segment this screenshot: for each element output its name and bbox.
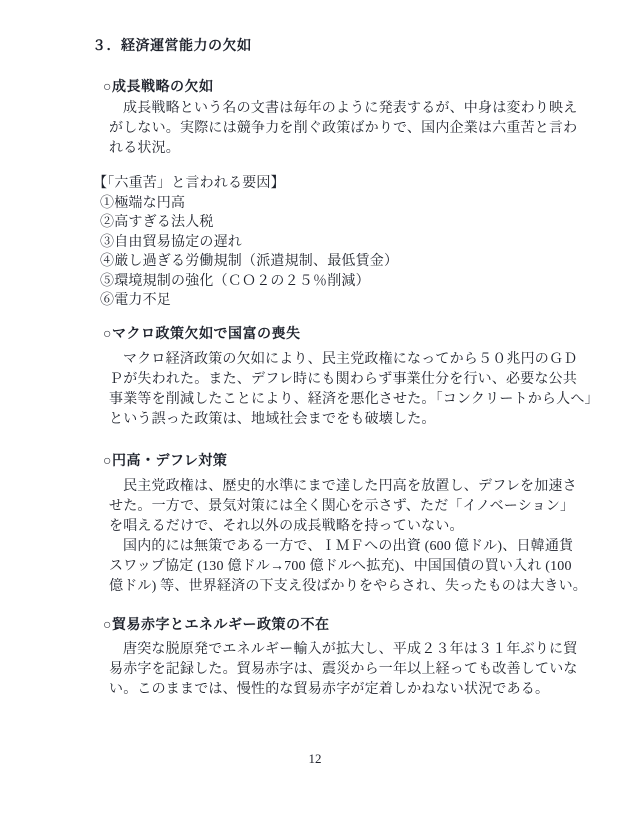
paragraph-line: 易赤字を記録した。貿易赤字は、震災から一年以上経っても改善していな: [109, 660, 551, 680]
six-hardships-list: 【「六重苦」と言われる要因】 ①極端な円高 ②高すぎる法人税 ③自由貿易協定の遅…: [93, 174, 551, 311]
list-item: ④厳し過ぎる労働規制（派遣規制、最低賃金）: [93, 252, 551, 272]
paragraph-line: マクロ経済政策の欠如により、民主党政権になってから５０兆円のＧＤ: [109, 350, 551, 370]
paragraph-line: れる状況。: [109, 139, 551, 159]
section-heading-yen-deflation: ○円高・デフレ対策: [103, 450, 227, 470]
paragraph-line: がしない。実際には競争力を削ぐ政策ばかりで、国内企業は六重苦と言わ: [109, 119, 551, 139]
paragraph-line: せた。一方で、景気対策には全く関心を示さず、ただ「イノベーション」: [109, 497, 551, 517]
paragraph-line: を唱えるだけで、それ以外の成長戦略を持っていない。: [109, 517, 551, 537]
paragraph-line: 事業等を削減したことにより、経済を悪化させた。「コンクリートから人へ」: [109, 390, 551, 410]
main-heading: ３．経済運営能力の欠如: [92, 35, 252, 55]
paragraph-growth-strategy: 成長戦略という名の文書は毎年のように発表するが、中身は変わり映え がしない。実際…: [109, 99, 551, 159]
paragraph-line: 民主党政権は、歴史的水準にまで達した円高を放置し、デフレを加速さ: [109, 477, 551, 497]
list-item: ①極端な円高: [93, 194, 551, 214]
paragraph-line: 成長戦略という名の文書は毎年のように発表するが、中身は変わり映え: [109, 99, 551, 119]
list-item: ⑤環境規制の強化（ＣＯ２の２５％削減）: [93, 272, 551, 292]
paragraph-line: 億ドル) 等、世界経済の下支え役ばかりをやらされ、失ったものは大きい。: [109, 577, 551, 597]
document-page: ３．経済運営能力の欠如 ○成長戦略の欠如 成長戦略という名の文書は毎年のように発…: [0, 0, 630, 837]
section-heading-growth-strategy: ○成長戦略の欠如: [103, 76, 213, 96]
list-item: ⑥電力不足: [93, 291, 551, 311]
paragraph-line: い。このままでは、慢性的な貿易赤字が定着しかねない状況である。: [109, 680, 551, 700]
paragraph-line: という誤った政策は、地域社会までをも破壊した。: [109, 410, 551, 430]
paragraph-line: スワップ協定 (130 億ドル→700 億ドルへ拡充)、中国国債の買い入れ (1…: [109, 557, 551, 577]
page-number: 12: [0, 751, 630, 767]
list-item: ③自由貿易協定の遅れ: [93, 233, 551, 253]
list-title: 【「六重苦」と言われる要因】: [93, 174, 551, 194]
paragraph-macro-policy: マクロ経済政策の欠如により、民主党政権になってから５０兆円のＧＤ Ｐが失われた。…: [109, 350, 551, 430]
paragraph-line: Ｐが失われた。また、デフレ時にも関わらず事業仕分を行い、必要な公共: [109, 370, 551, 390]
paragraph-line: 唐突な脱原発でエネルギー輸入が拡大し、平成２３年は３１年ぶりに貿: [109, 640, 551, 660]
paragraph-yen-deflation: 民主党政権は、歴史的水準にまで達した円高を放置し、デフレを加速さ せた。一方で、…: [109, 477, 551, 597]
list-item: ②高すぎる法人税: [93, 213, 551, 233]
paragraph-trade-deficit: 唐突な脱原発でエネルギー輸入が拡大し、平成２３年は３１年ぶりに貿 易赤字を記録し…: [109, 640, 551, 700]
section-heading-macro-policy: ○マクロ政策欠如で国富の喪失: [103, 323, 300, 343]
paragraph-line: 国内的には無策である一方で、ＩＭＦへの出資 (600 億ドル)、日韓通貨: [109, 537, 551, 557]
section-heading-trade-deficit: ○貿易赤字とエネルギー政策の不在: [103, 614, 329, 634]
